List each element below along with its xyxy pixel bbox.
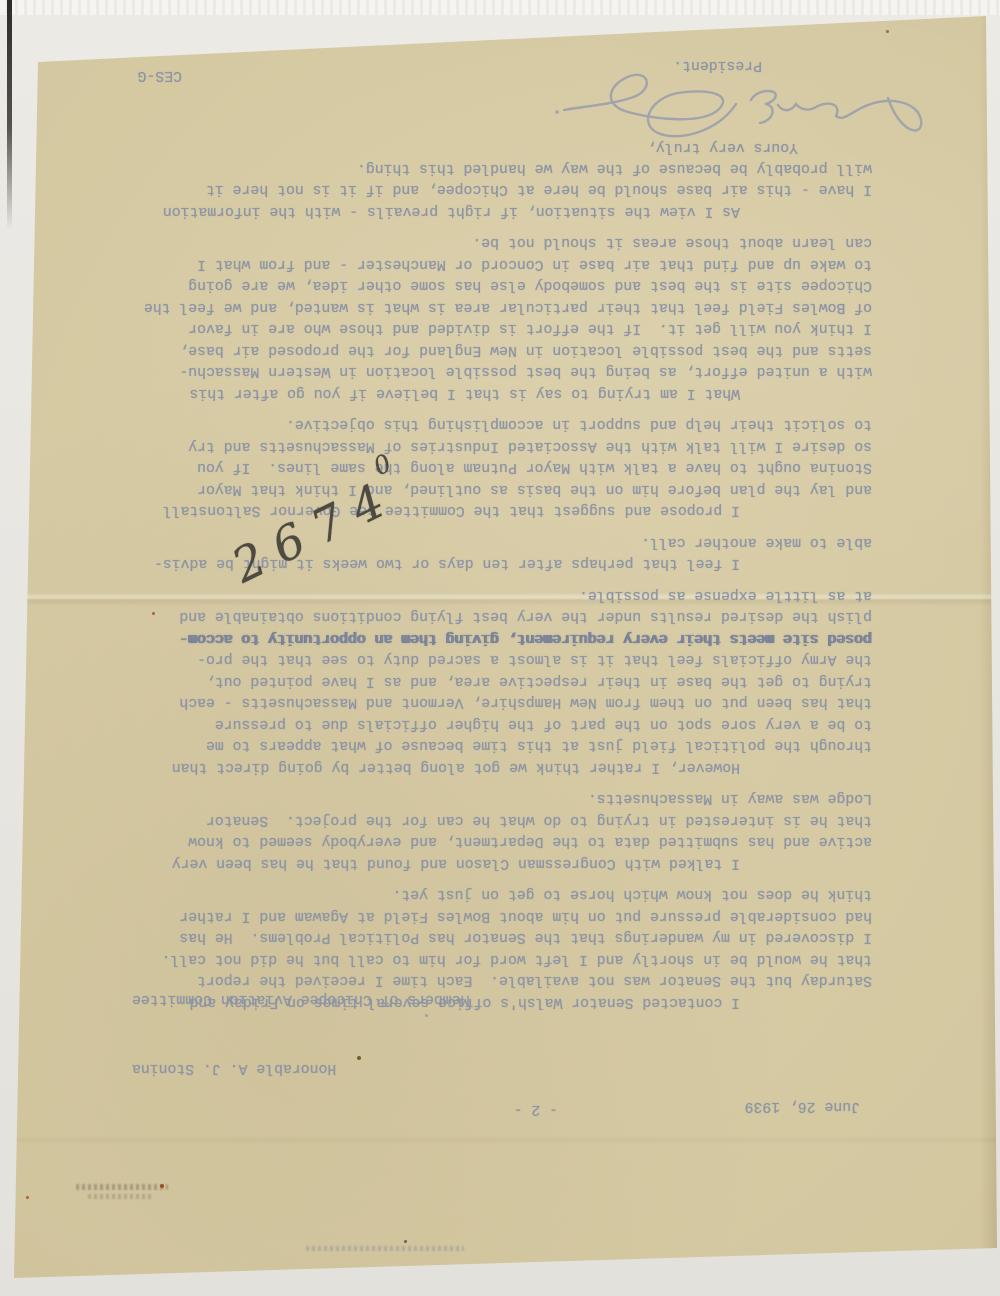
paragraph: I contacted Senator Walsh's office sever… — [120, 883, 872, 1012]
stain-speck — [886, 30, 889, 33]
stamp-smudge — [76, 1184, 168, 1190]
letter-line: I have - this air base should be here at… — [120, 178, 872, 200]
header-date: June 26, 1939 — [745, 1095, 860, 1117]
letter-line: Stonina ought to have a talk with Mayor … — [120, 456, 872, 478]
letter-line: and lay the plan before him on the basis… — [120, 478, 872, 500]
stain-speck — [404, 1240, 407, 1243]
letter-line: active and has submitted data to the Dep… — [120, 830, 872, 852]
letter-line: of Bowles Field feel that their particul… — [120, 296, 872, 318]
letter-line: I discovered in my wanderings that the S… — [120, 926, 872, 948]
page-number: - 2 - — [514, 1098, 558, 1120]
stain-speck — [160, 1184, 164, 1188]
signer-title: President. — [673, 54, 762, 76]
letter-line: Saturday but the Senator was not availab… — [120, 969, 872, 991]
letter-line: setts and the best possible location in … — [120, 339, 872, 361]
ink-bleed-line — [306, 1246, 464, 1251]
letter-line: plish the desired results under the very… — [120, 605, 872, 627]
stain-speck — [425, 1014, 428, 1017]
letter-line: I contacted Senator Walsh's office sever… — [120, 991, 872, 1013]
paragraph: As I view the situation, if right prevai… — [120, 157, 872, 222]
letter-line: that he would be in shortly and I left w… — [120, 948, 872, 970]
letter-line: to be a very sore spot on the part of th… — [120, 713, 872, 735]
letter-line: through the political field just at this… — [120, 734, 872, 756]
scan-edge-shadow — [7, 0, 12, 230]
letter-line: can learn about those areas it should no… — [120, 231, 872, 253]
addressee-name: Honorable A. J. Stonina — [132, 1056, 469, 1079]
stamp-smudge — [88, 1194, 154, 1199]
letter-line: will probably be because of the way we h… — [120, 157, 872, 179]
letter-content-rotated: June 26, 1939 - 2 - Honorable A. J. Ston… — [0, 0, 1000, 1296]
letter-line: had considerable pressure put on him abo… — [120, 905, 872, 927]
scanned-letter-page: June 26, 1939 - 2 - Honorable A. J. Ston… — [0, 0, 1000, 1296]
letter-line: However, I rather think we got along bet… — [120, 756, 872, 778]
paragraph: What I am trying to say is that I believ… — [120, 231, 872, 403]
letter-line: with a united effort, as being the best … — [120, 360, 872, 382]
letter-line: at as little expense as possible. — [120, 584, 872, 606]
letter-line: that he is interested in trying to do wh… — [120, 809, 872, 831]
letter-body: I contacted Senator Walsh's office sever… — [120, 147, 872, 1013]
letter-line: the Army officials feel that it is almos… — [120, 648, 872, 670]
typist-initials: CES-G — [138, 64, 182, 86]
letter-line: What I am trying to say is that I believ… — [120, 382, 872, 404]
letter-line: Chicopee site is the best and somebody e… — [120, 274, 872, 296]
letter-line: trying to get the base in their respecti… — [120, 670, 872, 692]
stain-speck — [26, 1196, 29, 1199]
letter-line: that has been put on them from New Hamps… — [120, 691, 872, 713]
letter-line: to solicit their help and support in acc… — [120, 413, 872, 435]
letter-line: I propose and suggest that the Committee… — [120, 499, 872, 521]
handwritten-signature — [550, 64, 950, 150]
stain-speck — [152, 612, 155, 615]
letter-line: posed site meets their every requirement… — [120, 627, 872, 649]
letter-line: I think you will get it. If the effort i… — [120, 317, 872, 339]
paragraph: However, I rather think we got along bet… — [120, 584, 872, 778]
paragraph: I propose and suggest that the Committee… — [120, 413, 872, 521]
scanner-backing-strip — [0, 0, 1000, 15]
letter-line: I talked with Congressman Clason and fou… — [120, 852, 872, 874]
paragraph: I talked with Congressman Clason and fou… — [120, 787, 872, 873]
letter-line: think he does not know which horse to ge… — [120, 883, 872, 905]
letter-line: so desire I will talk with the Associate… — [120, 435, 872, 457]
letter-line: Lodge was away in Massachusetts. — [120, 787, 872, 809]
letter-line: As I view the situation, if right prevai… — [120, 200, 872, 222]
letter-line: to wake up and find that air base in Con… — [120, 253, 872, 275]
letter-paper: June 26, 1939 - 2 - Honorable A. J. Ston… — [0, 0, 1000, 1296]
stain-speck — [357, 1056, 361, 1060]
